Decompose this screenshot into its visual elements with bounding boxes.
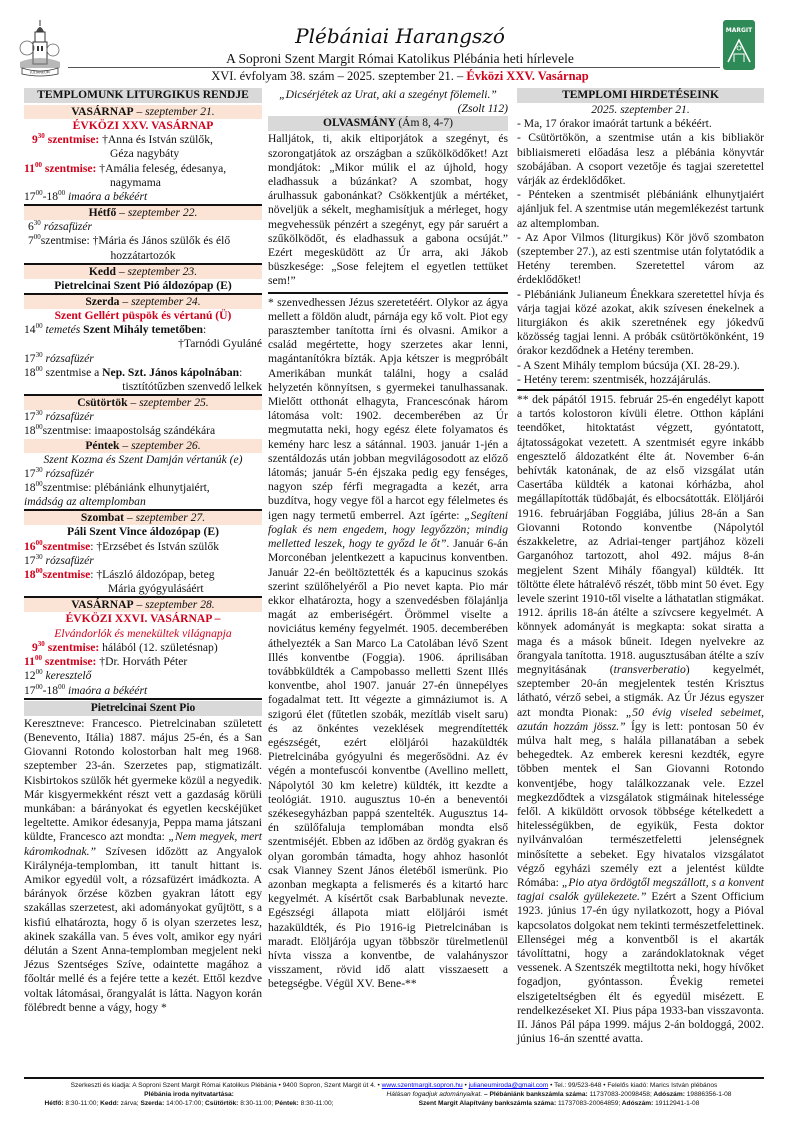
announcements-heading: TEMPLOMI HIRDETÉSEINK [517,88,764,103]
announcement-item: - Pénteken a szentmisét plébániánk elhun… [517,188,764,231]
prayer-entry: 1700-1800 imaóra a békéért [24,190,262,204]
psalm-reference: (Zsolt 112) [268,102,508,116]
saint-biography-continued-2: ** dek pápától 1915. február 25-én enged… [517,393,764,1046]
masthead: JULIANEUM Plébániai Harangszó A Soproni … [0,0,800,90]
announcement-item: - Ma, 17 órakor imaórát tartunk a békéér… [517,117,764,131]
feast-title: Páli Szent Vince áldozópap (E) [24,525,262,539]
day-header-friday: Péntek – szeptember 26. [24,439,262,453]
announcements-column: TEMPLOMI HIRDETÉSEINK 2025. szeptember 2… [517,88,764,1046]
announcement-item: - Hetény terem: szentmisék, hozzájárulás… [517,373,764,387]
mass-entry: 1100 szentmise: †Amália feleség, édesany… [24,162,262,176]
announcements-date: 2025. szeptember 21. [517,103,764,117]
liturgy-column: TEMPLOMUNK LITURGIKUS RENDJE VASÁRNAP – … [24,88,262,1015]
saint-biography-continued: * szenvedhessen Jézus szeretetéért. Olyk… [268,296,508,992]
day-header-wednesday: Szerda – szeptember 24. [24,295,262,309]
svg-text:MARGIT: MARGIT [726,27,753,34]
feast-title: Szent Kozma és Szent Damján vértanúk (e) [24,453,262,467]
announcement-item: - Plébániánk Julianeum Énekkara szeretet… [517,288,764,359]
footer: Szerkeszti és kiadja: A Soproni Szent Ma… [24,1081,764,1108]
announcement-item: - Csütörtökön, a szentmise után a kis bi… [517,131,764,188]
website-link[interactable]: www.szentmargit.sopron.hu [382,1082,463,1089]
newsletter-subtitle: A Soproni Szent Margit Római Katolikus P… [0,51,800,67]
feast-title: ÉVKÖZI XXVI. VASÁRNAP – [24,612,262,626]
liturgy-heading: TEMPLOMUNK LITURGIKUS RENDJE [24,88,262,103]
reading-heading: OLVASMÁNY (Ám 8, 4-7) [268,116,508,131]
szent-margit-logo-icon: MARGIT [723,20,755,70]
section-divider [24,698,262,700]
email-link[interactable]: julianeumiroda@gmail.com [469,1082,549,1089]
announcement-item: - A Szent Mihály templom búcsúja (XI. 28… [517,359,764,373]
section-divider [517,389,764,391]
section-divider [268,292,508,294]
footer-divider [24,1077,764,1079]
day-header-saturday: Szombat – szeptember 27. [24,511,262,525]
office-hours: Plébánia iroda nyitvatartása: Hétfő: 8:3… [24,1090,354,1108]
day-header-sunday-28: VASÁRNAP – szeptember 28. [24,598,262,612]
newsletter-page: JULIANEUM Plébániai Harangszó A Soproni … [0,0,800,1133]
feast-title: Pietrelcinai Szent Pió áldozópap (E) [24,279,262,293]
reading-column: „Dicsérjétek az Urat, aki a szegényt föl… [268,88,508,992]
announcement-item: - Az Apor Vilmos (liturgikus) Kör jövő s… [517,231,764,288]
feast-title: Szent Gellért püspök és vértanú (Ü) [24,309,262,323]
mass-entry: 930 szentmise: †Anna és István szülők, [24,133,262,147]
bank-details: Hálásan fogadjuk adományaikat. – Plébáni… [354,1090,764,1108]
day-header-sunday-21: VASÁRNAP – szeptember 21. [24,105,262,119]
publisher-line: Szerkeszti és kiadja: A Soproni Szent Ma… [24,1081,764,1090]
day-header-thursday: Csütörtök – szeptember 25. [24,396,262,410]
feast-title: ÉVKÖZI XXV. VASÁRNAP [24,119,262,133]
psalm-quote: „Dicsérjétek az Urat, aki a szegényt föl… [268,88,508,102]
issue-line: XVI. évfolyam 38. szám – 2025. szeptembe… [0,69,800,84]
header-divider [68,67,720,68]
reading-text: Halljátok, ti, akik eltiporjátok a szegé… [268,132,508,288]
feast-subtitle: Elvándorlók és menekültek világnapja [24,627,262,641]
issue-feast: Évközi XXV. Vasárnap [466,69,588,83]
saint-heading: Pietrelcinai Szent Pio [24,701,262,716]
day-header-monday: Hétfő – szeptember 22. [24,206,262,220]
newsletter-title: Plébániai Harangszó [0,24,800,48]
saint-biography: Keresztneve: Francesco. Pietrelcinaban s… [24,717,262,1015]
day-header-tuesday: Kedd – szeptember 23. [24,265,262,279]
